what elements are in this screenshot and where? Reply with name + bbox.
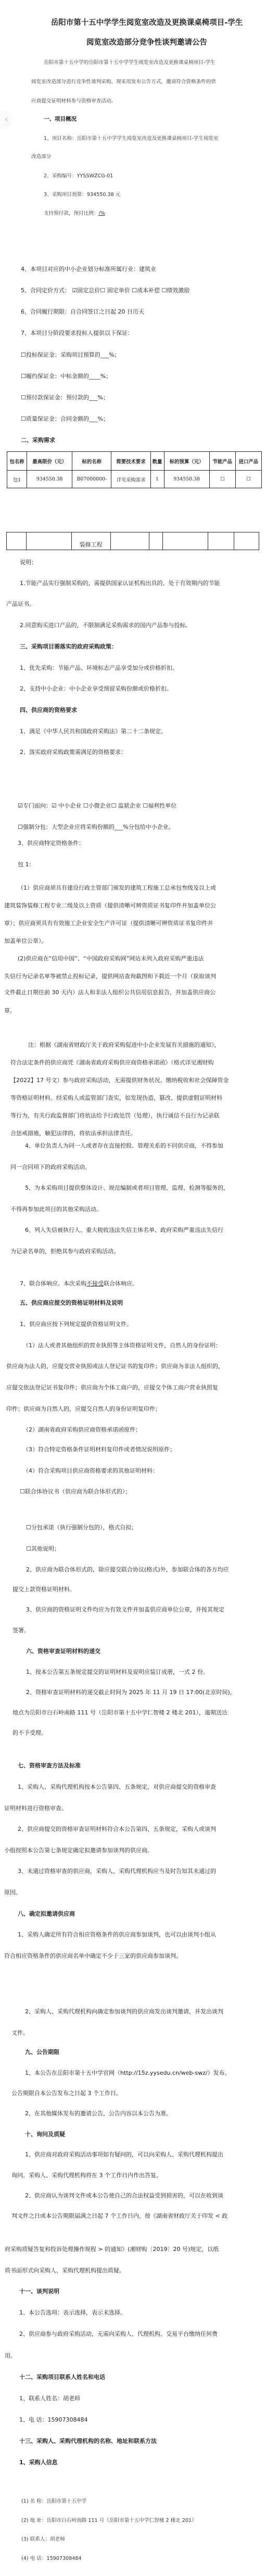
qual-item: 2、落实政府采购政策需满足的资格要求： — [20, 748, 126, 756]
intro-line: 应商提交证明材料参与资格审查活动。 — [31, 97, 116, 104]
qual-item-4-cont: 同一合同项下的政府采购活动。 — [10, 1163, 91, 1171]
note-2: 2.同意购买进口产品的，不限制满足采购需求的国内产品参与投标。 — [20, 621, 192, 629]
qual-1-line: 建筑装饰装修工程专业二级及以上资质（提供清晰可辨资质证书复印件并加盖单位公 — [4, 901, 216, 909]
section-heading: 九、公告期限 — [25, 2048, 59, 2056]
cell — [163, 532, 208, 550]
inquiry-item-1-cont: 询问。采购人、采购代理机构将在 3 个工作日内作出答复。 — [11, 2171, 162, 2179]
submission-late: 的不予受理。 — [12, 1728, 47, 1737]
section-heading: 四、供应商的资格要求 — [20, 706, 77, 714]
challenge-line: 府采购质疑答复和投诉处理操作规程 > 的通知》(湘财购〔2019〕20 号)规定… — [5, 2245, 219, 2253]
header-cell: 标的名称 — [72, 452, 111, 471]
purchaser-name: (1) 名 称：岳阳市第十五中学 — [21, 2497, 86, 2504]
material-1-line: 应提交依法登记证书复印件；供应商为个体工商户的，应提交个体工商户营业执照复 — [6, 1383, 218, 1391]
submission-location: 地点为岳阳市白石岭南路 111 号（岳阳市第十五中学仁智楼 2 楼北 201），… — [12, 1708, 227, 1716]
consortium-item: 7、联合体响应。本次采购不接受联合体响应。 — [20, 1279, 138, 1287]
consortium-agreement-option: ☐联合体协议书（供应商为联合体形式的）； — [20, 1487, 131, 1495]
other-explanation-option: ☐其他说明； — [26, 1544, 60, 1553]
section-heading: 二、采购需求 — [21, 436, 55, 444]
negotiation-item-2: 2、供应商参与政府采购活动，无需向采购人、代理机构、交易平台缴纳任何费 — [19, 2330, 218, 2338]
period-item-1-cont: 公告期限自本公告发布之日起 3 个工作日。 — [11, 2089, 122, 2097]
review-item-3-cont: 原因。 — [4, 1888, 21, 1896]
section-heading: 三、采购项目需落实的政府采购政策： — [20, 642, 117, 650]
header-cell: 包名称 — [7, 452, 27, 471]
table-row: 装修工程 — [7, 532, 259, 550]
section-heading: 一、项目概况 — [44, 115, 77, 123]
purchaser-info-heading: 1、采购人信息 — [19, 2458, 58, 2466]
notice-line: 注：根据《湖南省财政厅关于政府采购促进中小企业发展有关措施的通知》， — [28, 1040, 220, 1049]
material-item-2: 2、供应商为联合体形式的，除应提交联合协议(格式)外，参加联合体的各方均应 — [26, 1565, 229, 1573]
material-item: 1、供应商应按下列规定提供资格证明文件。 — [20, 1320, 132, 1328]
cell-quantity: 1 — [150, 471, 164, 488]
review-item-2: 2、供应商提交的资格审查证明材料符合本公告第四、五条规定，采购人或谈判 — [18, 1825, 216, 1833]
period-item-2: 2、在其他媒体发布的邀请公告，公告内容以本公告为准。 — [25, 2109, 172, 2117]
cell-package: 包1 — [7, 471, 27, 488]
qual-2-line: 章。 — [4, 1006, 16, 1014]
cell — [26, 532, 71, 550]
challenge-line: 判文件之日或本公告期限届满之日起 7 个工作日内，按《湖南省财政厅关于印发 < … — [11, 2211, 227, 2220]
cell — [208, 532, 234, 550]
consortium-text: 联合体响应。 — [104, 1280, 138, 1287]
header-cell: 最高限价（元） — [27, 452, 72, 471]
qual-1-line: （1）供应商须具有建设行政主管部门颁发的建筑工程施工总承包叁级及以上或 — [18, 883, 216, 892]
submission-deadline: 2、资格审查证明材料的递交截止时间为 2025 年 11 月 19 日 17:0… — [26, 1688, 236, 1696]
review-item-3: 3、未通过资格审查的供应商，采购人、采购代理机构应当及时告知其未通过的 — [18, 1867, 216, 1875]
subcontract-option: ☐强制分包：大型企业应将采购份额的___%分包给中小企业。 — [18, 823, 174, 831]
material-3: （3）符合特定资格条件证明材料复印件或者情况说明原件； — [23, 1445, 175, 1453]
qual-1-line: 加盖单位公章）。 — [4, 936, 47, 945]
guarantee-item: ☐质量保证金：合同金额的___%； — [21, 414, 109, 423]
subcontract-commitment-option: ☐分包承诺（执行强制分包的），格式自拟； — [26, 1523, 137, 1531]
prepay-label: 支持预付款，预付比例： — [44, 211, 99, 216]
note-1-cont: 产品证书。 — [6, 600, 35, 608]
pricing-method: 5、合同定价方式： ☑固定总价☐ 固定单价 ☐成本补偿 ☐绩效激励 — [21, 286, 189, 294]
requirements-table-continued: 装修工程 — [6, 532, 259, 550]
cell-import-checkbox: ☐ — [235, 471, 261, 488]
policy-item: 2、支持中小企业：中小企业享受预留采购份额或价格折扣。 — [20, 684, 172, 693]
purchaser-address: (2) 地 址：岳阳市白石岭南路 111 号（岳阳市第十五中学仁智楼 2 楼北 … — [21, 2516, 197, 2523]
guarantee-item: ☐履约保证金：中标金额的____%； — [21, 372, 111, 380]
purchaser-phone: (4) 电 话：15907308484 — [21, 2554, 82, 2561]
section-heading: 五、供应商应提交的资格证明材料及说明 — [20, 1298, 123, 1307]
qual-item-6: 6、列入失信被执行人、重大税收违法失信主体名单、政府采购严重违法失信行 — [25, 1226, 223, 1234]
section-heading: 八、确定拟邀请供应商 — [18, 1909, 75, 1918]
negotiation-item-1: 1、本公告选项：表示选择，表示未选择。 — [19, 2308, 126, 2317]
invite-item-2: 2、采购人、采购代理机构向确定参加谈判的供应商发出谈判邀请，并发出谈判 — [25, 2007, 223, 2015]
cell-item-name: B07000000- — [72, 471, 111, 488]
invite-item-1-cont: 符合相应资格条件的供应商名单中确定不少于三家的供应商参加谈判。 — [4, 1951, 182, 1960]
cell-item-budget: 934550.38 — [164, 471, 209, 488]
qual-2-line: 文件截止日期往前 30 天内）法人和非法人组织公共信用信息报告，并加盖供应商公 — [4, 988, 215, 996]
material-1-line: 供应商为法人的，应提交营业执照或法人登记证书的复印件；供应商为非法人组织的， — [6, 1362, 224, 1370]
notice-line: 【2022】17 号文）参与政府采购活动，无需提供财务状况、缴纳税收和社会保障资… — [10, 1076, 229, 1084]
qual-2-line: 失信行为记录名单等被禁止投标记录，提供网站查询截图和下载近一个月（获取谈判 — [4, 972, 216, 980]
consortium-not-accepted: 不接受 — [86, 1280, 104, 1287]
contract-period: 6、合同履行期限：自合同签订之日起 20 日历天 — [21, 307, 144, 316]
previous-arrow-icon[interactable]: ‹ — [0, 110, 12, 129]
cell-item-name-cont: 装修工程 — [71, 532, 110, 550]
policy-item: 1、优先采购：节能产品、环境标志产品享受加分或价格折扣。 — [20, 663, 178, 672]
header-cell: 数量 — [150, 452, 164, 471]
qual-item-6-cont: 为记录名单的，拒绝其参与政府采购活动。 — [10, 1247, 119, 1255]
material-item-3: 3、供应商的资格证明文件均应为有效文件并加盖供应商单位公章，并按其规定 — [26, 1605, 224, 1614]
section-heading: 七、资格审查方法及标准 — [18, 1761, 81, 1770]
contact-phone: 1、电 话：15907308484 — [19, 2415, 87, 2424]
consortium-text: 7、联合体响应。本次采购 — [20, 1280, 86, 1287]
material-item-2-cont: 提交上款资格证明材料。 — [12, 1585, 75, 1593]
cell-tech-req: 详见采购需求 — [111, 471, 150, 488]
cell-energy-checkbox: ☐ — [209, 471, 235, 488]
section-heading: 十二、采购项目联系人姓名和电话 — [19, 2373, 105, 2381]
project-name: 1、项目名称：岳阳市第十五中学学生阅览室改造及更换课桌椅项目-学生阅览室 — [44, 134, 219, 141]
section-heading: 十三、采购人、采购代理机构的名称、地址和联系方法 — [19, 2437, 157, 2445]
page-title: 岳阳市第十五中学学生阅览室改造及更换课桌椅项目-学生 — [32, 17, 261, 28]
qual-2-line: (2)供应商在“信用中国”、“中国政府采购网”网站未列入政府采购严重违法 — [18, 954, 204, 962]
header-cell: 进口产品 — [235, 452, 261, 471]
qual-item: 1、满足《中华人民共和国政府采购法》第二十二条规定。 — [20, 727, 167, 735]
qual-item: 3、供应商特定资格条件： — [18, 839, 84, 847]
section-heading: 十、询问及质疑 — [25, 2130, 65, 2138]
guarantee-intro: 7、本项目分阶段要求投标人提供以下保证： — [21, 329, 133, 337]
cell — [149, 532, 163, 550]
challenge-line: 2、供应商认为谈判文件或本公告使自己的合法权益受到损害的，可以在收到谈 — [25, 2191, 223, 2200]
material-1-line: （1）法人或者其他组织的营业执照等主体资格证明文件，自然人的身份证明： — [23, 1341, 221, 1349]
purchaser-contact: (3) 联系人：胡老师 — [21, 2535, 65, 2542]
guarantee-item: ☐投标保证金：采购项目预算的___%； — [21, 350, 120, 359]
section-heading: 六、资格审查证明材料的递交 — [26, 1647, 100, 1655]
dedicated-option: ☑专门面向：☑ 中小企业 ☐小微企业☐ 监狱企业 ☐福利性单位 — [18, 801, 176, 810]
header-cell: 节能产品 — [209, 452, 235, 471]
project-name-cont: 改造部分 — [31, 152, 51, 160]
material-1-line: 印件；供应商为自然人的，应提交自然人的身份证明复印件； — [6, 1404, 161, 1413]
requirements-table: 包名称 最高限价（元） 标的名称 简要技术要求 数量 标的预算（元） 节能产品 … — [7, 451, 262, 488]
qual-1-line: 章）；供应商须具有有效施工企业安全生产许可证（提供清晰可辨资质证书复印件并 — [4, 919, 213, 927]
section-heading: 十一、谈判说明 — [19, 2287, 59, 2295]
header-cell: 简要技术要求 — [111, 452, 150, 471]
material-4: （4）符合采购项目供应商资格要求的其他证明材料： — [23, 1466, 158, 1475]
review-item-1-cont: 证明材料进行资格审查。 — [4, 1804, 67, 1812]
table-header-row: 包名称 最高限价（元） 标的名称 简要技术要求 数量 标的预算（元） 节能产品 … — [7, 452, 262, 471]
material-item-3-cont: 签署。 — [12, 1626, 30, 1634]
cell-max-price: 934550.38 — [27, 471, 72, 488]
review-item-2-cont: 小组按照本公告第七条规定确定拟邀请参加谈判的供应商。 — [4, 1846, 153, 1854]
package-label: 包 1： — [18, 860, 35, 868]
intro-line: 阅览室改造部分进行竞争性谈判采购，现采用发布公告方式，邀请符合资格条件的供 — [31, 77, 216, 85]
inquiry-item-1: 1、供应商对政府采购活动事项如有疑问的，可以向采购人、采购代理机构提出 — [25, 2150, 223, 2158]
submission-item: 1、按本公告第五条规定提交的证明材料及说明应装订成册，一式 2 份。 — [26, 1668, 209, 1676]
review-item-1: 1、采购人、采购代理机构按本公告第四、五条规定，对供应商提交的资格审查 — [18, 1783, 216, 1791]
notice-line: 等行为，有关行政监督部门将依法给予行政处罚（处理），执行诚信不良行为记录联 — [10, 1111, 220, 1120]
cell — [7, 532, 27, 550]
material-2: （2）湖南省政府采购供应商资格承诺函原件； — [23, 1425, 141, 1434]
negotiation-item-2-cont: 用。 — [5, 2351, 16, 2360]
notice-line: 合惩戒措施，触犯法律的，将依法承担法律责任。 — [10, 1129, 136, 1137]
qual-item-5: 5、为本采购项目提供整体设计、规范编制或者项目管理、监理、检测等服务的， — [25, 1183, 229, 1192]
note-label: 说明： — [20, 558, 37, 566]
invite-item-1: 1、采购人确定所有符合相应资格条件的供应商参加谈判，也可以由谈判小组从 — [18, 1930, 216, 1938]
challenge-line: 质书面形式向采购人、采购代理机构提出质疑。 — [5, 2266, 125, 2274]
intro-line: 岳阳市第十五中学的岳阳市第十五中学学生阅览室改造及更换课桌椅项目-学生 — [44, 58, 215, 66]
page-title-line2: 阅览室改造部分竞争性谈判邀请公告 — [32, 36, 261, 47]
notice-line: 等资格证明材料。经采购人或监管部门查实，如发现伪造、篡改、提供虚假证明材料 — [10, 1094, 222, 1102]
guarantee-item: ☐预付款保证金：预付款的___%； — [21, 393, 109, 401]
budget: 3、采购项目预算：934550.38 元 — [44, 190, 120, 198]
prepayment: 支持预付款，预付比例：/% — [44, 209, 105, 216]
industry: 4、本项目对应的中小企业划分标准所属行业：建筑业 — [21, 265, 156, 273]
period-item-1: 1、本公告在岳阳市第十五中学官网（http://15z.yysedu.cn/we… — [25, 2068, 231, 2077]
contact-name: 1、联系人姓名：胡老师 — [19, 2394, 80, 2402]
cell — [110, 532, 149, 550]
notice-line: 符合法定条件的供应商凭《湖南省政府采购供应商资格承诺函》（格式详见湘财购 — [10, 1058, 214, 1066]
header-cell: 标的预算（元） — [164, 452, 209, 471]
cell — [234, 532, 259, 550]
prepay-value: /% — [99, 211, 105, 216]
table-row: 包1 934550.38 B07000000- 详见采购需求 1 934550.… — [7, 471, 262, 488]
invite-item-2-cont: 文件。 — [11, 2028, 29, 2037]
procurement-code: 2、采购编号：YYSSWZCG-01 — [44, 172, 113, 179]
note-1: 1.节能产品实行强制采购的，需提供国家认证机构出具的、处于有效期内的节能 — [20, 579, 220, 587]
qual-item-5-cont: 不得再参加此项目的其他采购活动。 — [10, 1205, 102, 1213]
qual-item-4: 4、单位负责人为同一人或者存在直接控股、管理关系的不同供应商，不得参加 — [25, 1141, 223, 1150]
